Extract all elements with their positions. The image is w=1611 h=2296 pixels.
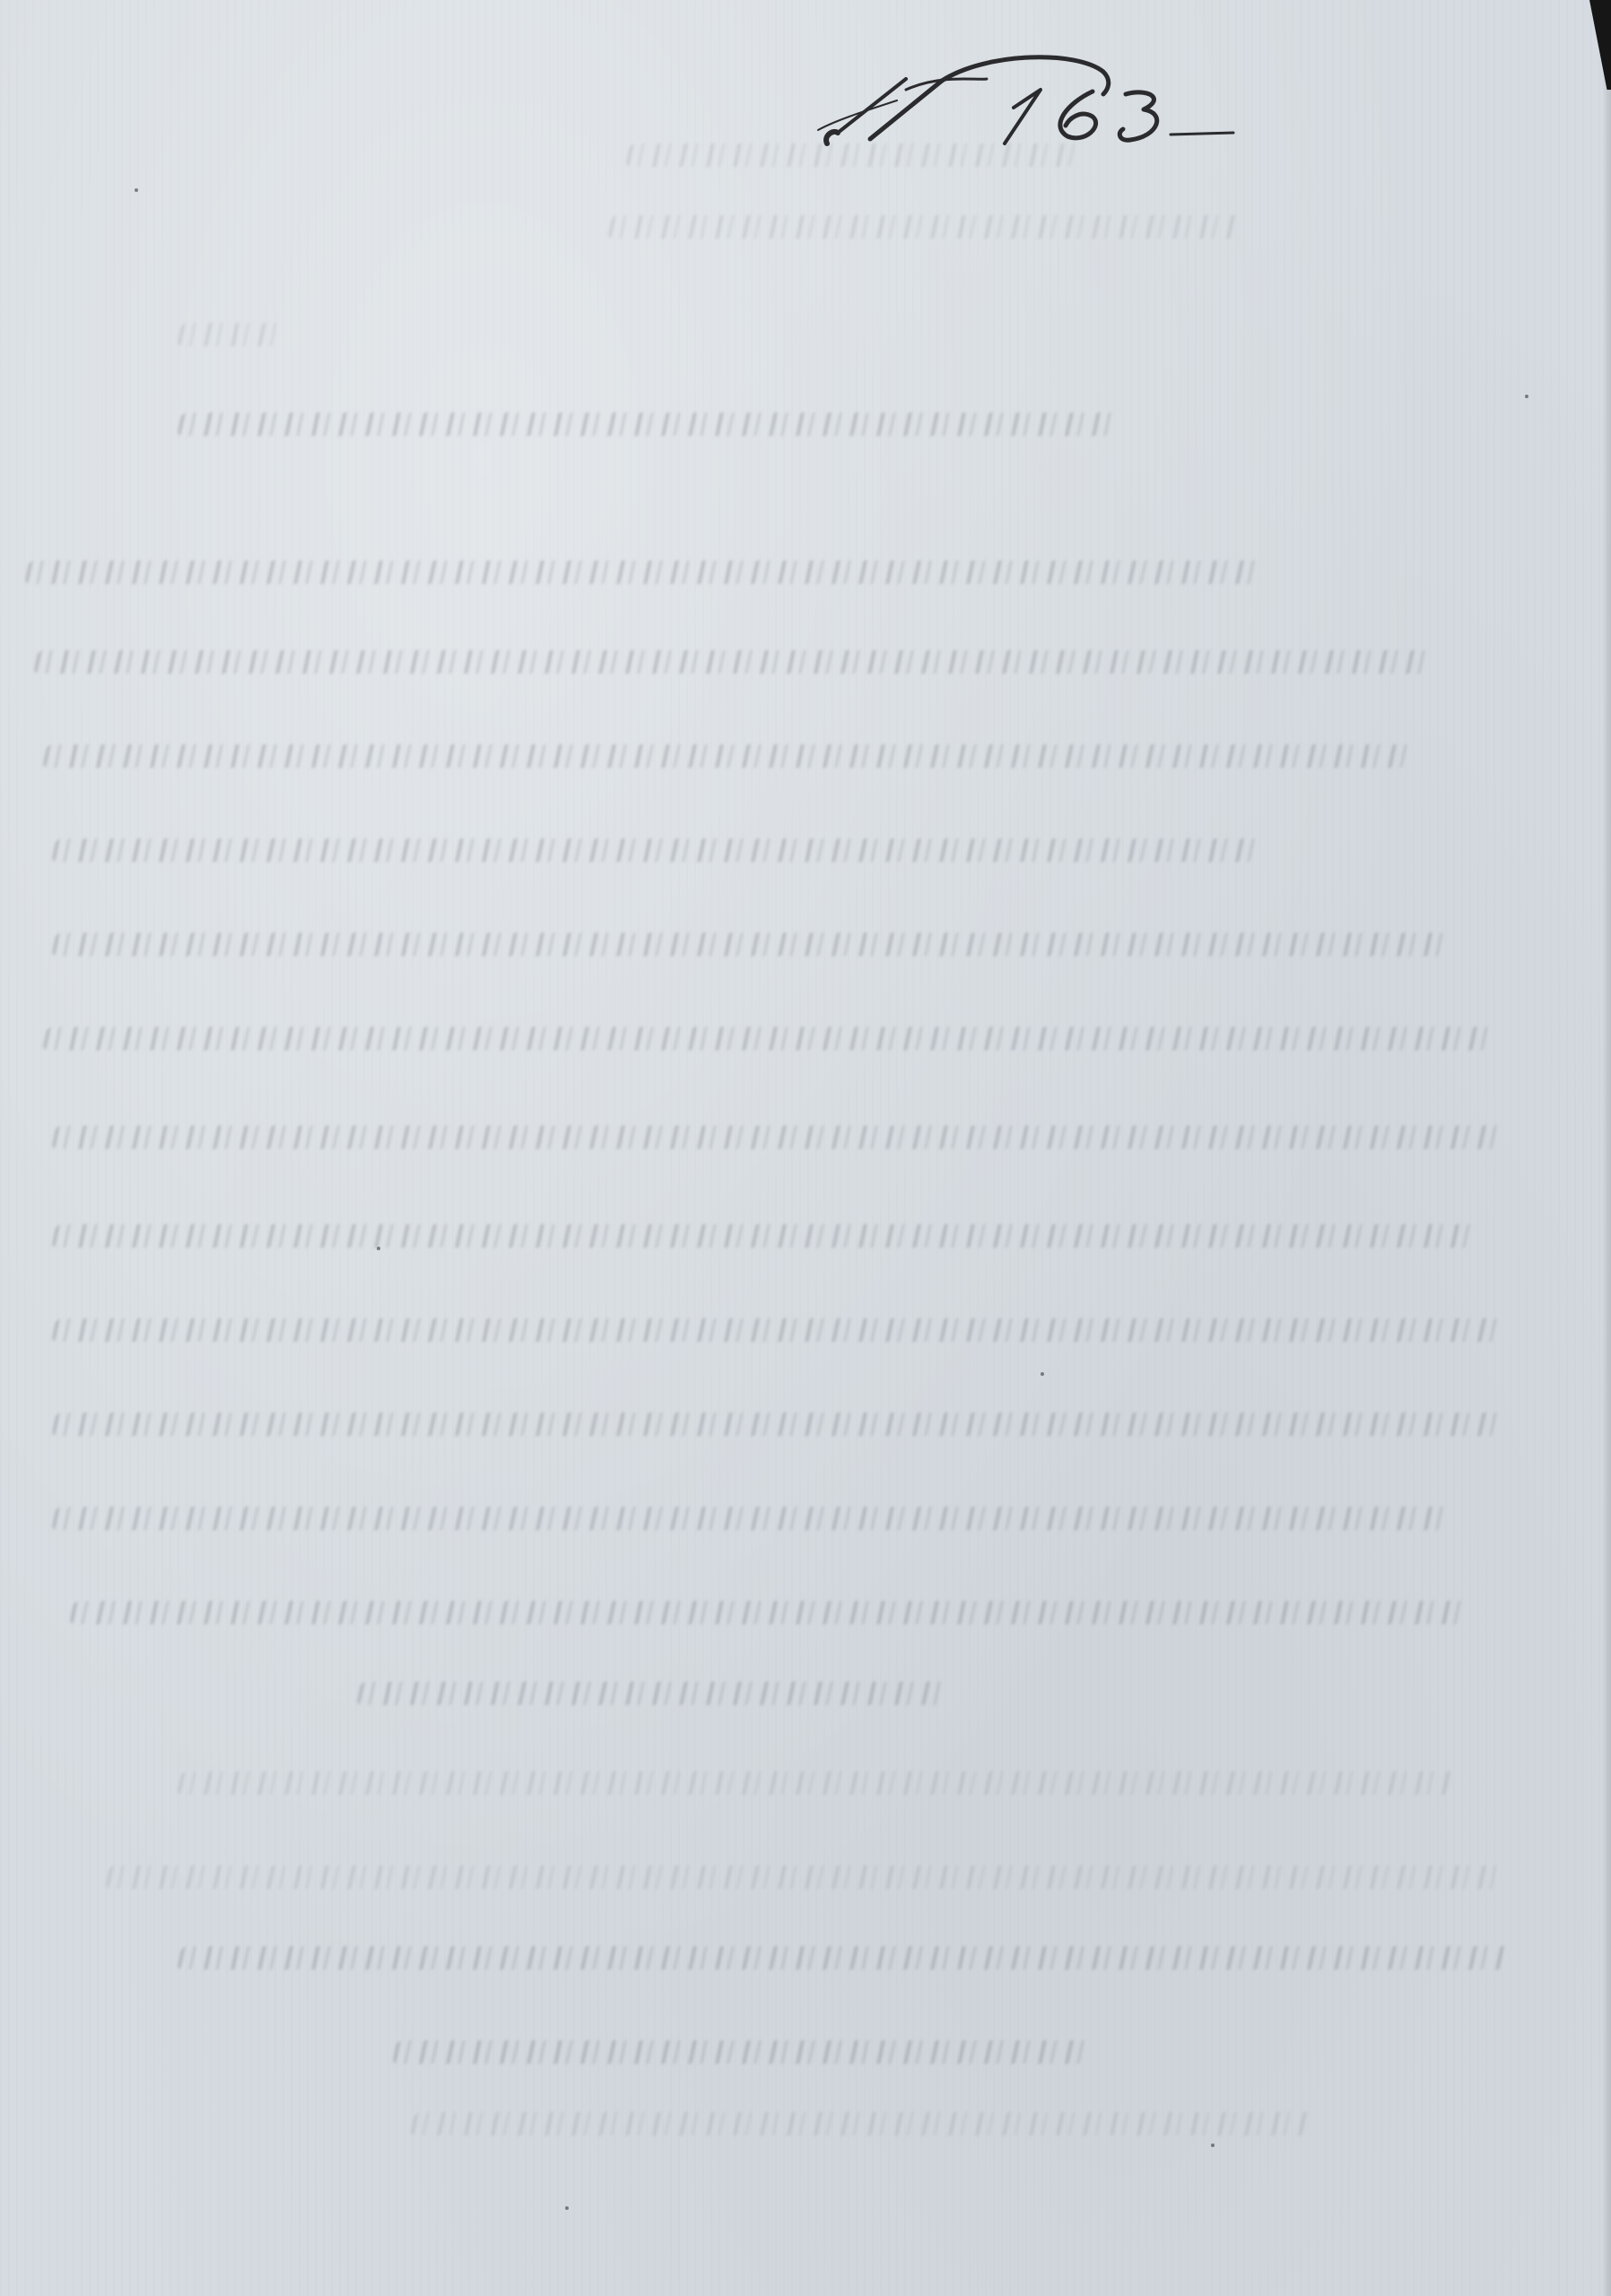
bleed-through-line <box>51 1318 1510 1342</box>
paper-speck <box>1525 395 1528 398</box>
paper-speck <box>565 2206 569 2210</box>
manuscript-page: N° 163 — <box>0 0 1611 2296</box>
bleed-through-line <box>51 1507 1456 1530</box>
handwritten-number-163 <box>807 54 1238 161</box>
bleed-through-line <box>33 650 1438 674</box>
bleed-through-line <box>177 413 1124 436</box>
bleed-through-text <box>0 0 1611 2296</box>
bleed-through-line <box>410 2112 1312 2135</box>
bleed-through-line <box>24 561 1267 584</box>
page-edge-shadow <box>1602 0 1611 2296</box>
bleed-through-line <box>607 215 1241 239</box>
bleed-through-line <box>177 1946 1510 1970</box>
page-number-annotation: N° 163 — <box>807 54 1238 161</box>
paper-speck <box>1041 1372 1044 1376</box>
paper-speck <box>135 188 138 192</box>
bleed-through-line <box>51 1224 1474 1248</box>
paper-speck <box>377 1247 380 1250</box>
bleed-through-line <box>105 1865 1510 1889</box>
bleed-through-line <box>356 1682 954 1705</box>
paper-speck <box>1211 2144 1215 2147</box>
bleed-through-line <box>51 839 1258 862</box>
bleed-through-line <box>69 1601 1474 1624</box>
bleed-through-line <box>51 1126 1510 1149</box>
bleed-through-line <box>177 323 290 346</box>
bleed-through-line <box>51 1413 1510 1436</box>
bleed-through-line <box>51 933 1456 956</box>
bleed-through-line <box>392 2040 1097 2064</box>
bleed-through-line <box>177 1771 1456 1795</box>
bleed-through-line <box>42 744 1411 768</box>
bleed-through-line <box>42 1027 1501 1050</box>
